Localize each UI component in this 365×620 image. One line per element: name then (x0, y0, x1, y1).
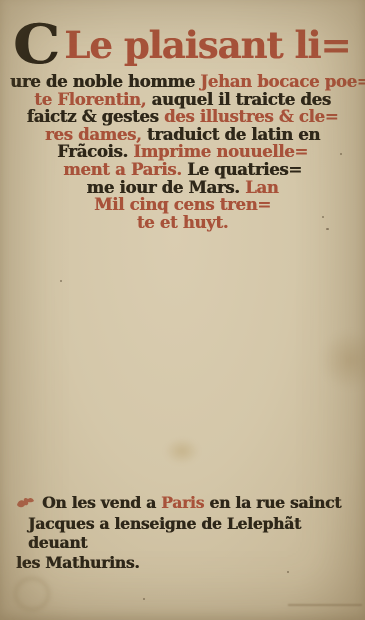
paper-speck (322, 216, 324, 218)
paper-scratch (288, 604, 362, 606)
title-block: C Le plaisant li= ure de noble homme Jeh… (10, 22, 355, 231)
title-line-4: faictz & gestes des illustres & cle= (10, 108, 355, 126)
text-segment: faictz & gestes (27, 107, 164, 126)
title-line-9: Mil cinq cens tren= (10, 196, 355, 214)
text-segment: Mil cinq cens tren= (94, 195, 271, 214)
title-line-8: me iour de Mars. Lan (10, 179, 355, 197)
text-segment: te Florentin, (34, 90, 151, 109)
title-line-5: res dames, traduict de latin en (10, 126, 355, 144)
text-segment: res dames, (45, 125, 147, 144)
title-line-1: C Le plaisant li= (10, 22, 355, 68)
text-segment: Paris (161, 493, 209, 512)
paper-speck (60, 280, 62, 282)
paper-speck (340, 153, 342, 155)
title-line-10: te et huyt. (10, 214, 355, 232)
title-line-2: ure de noble homme Jehan bocace poe= (10, 73, 355, 91)
text-segment: ment a Paris. (63, 160, 187, 179)
paper-speck (326, 228, 329, 230)
text-segment: me iour de Mars. (87, 178, 246, 197)
text-segment: Imprime nouuelle= (133, 142, 308, 161)
paper-speck (143, 598, 145, 600)
text-segment: Le quatries= (187, 160, 302, 179)
capitulum-mark: C (12, 22, 59, 66)
text-segment: traduict de latin en (147, 125, 320, 144)
paper-speck (287, 571, 289, 573)
paper-stain (165, 438, 199, 464)
imprint-line-1: On les vend a Paris en la rue sainct (16, 493, 356, 514)
imprint-block: On les vend a Paris en la rue sainct Jac… (16, 493, 356, 572)
title-line-1-text: Le plaisant li= (64, 22, 350, 68)
text-segment: Lan (245, 178, 278, 197)
text-segment: te et huyt. (137, 213, 228, 232)
text-segment: On les vend a (42, 493, 161, 512)
fleuron-ornament (16, 494, 36, 514)
paper-stain (320, 330, 365, 390)
paper-stain (14, 577, 50, 611)
text-segment: Frãcois. (57, 142, 133, 161)
text-segment: des illustres & cle= (164, 107, 338, 126)
book-title-page-photo: C Le plaisant li= ure de noble homme Jeh… (0, 0, 365, 620)
text-segment: en la rue sainct (209, 493, 341, 512)
imprint-line-3: les Mathurins. (16, 553, 356, 573)
text-segment: Jehan bocace poe= (200, 72, 365, 91)
title-line-7: ment a Paris. Le quatries= (10, 161, 355, 179)
text-segment: auquel il traicte des (151, 90, 330, 109)
title-line-3: te Florentin, auquel il traicte des (10, 91, 355, 109)
imprint-line-2: Jacques a lenseigne de Lelephãt deuant (16, 514, 356, 553)
title-line-6: Frãcois. Imprime nouuelle= (10, 143, 355, 161)
